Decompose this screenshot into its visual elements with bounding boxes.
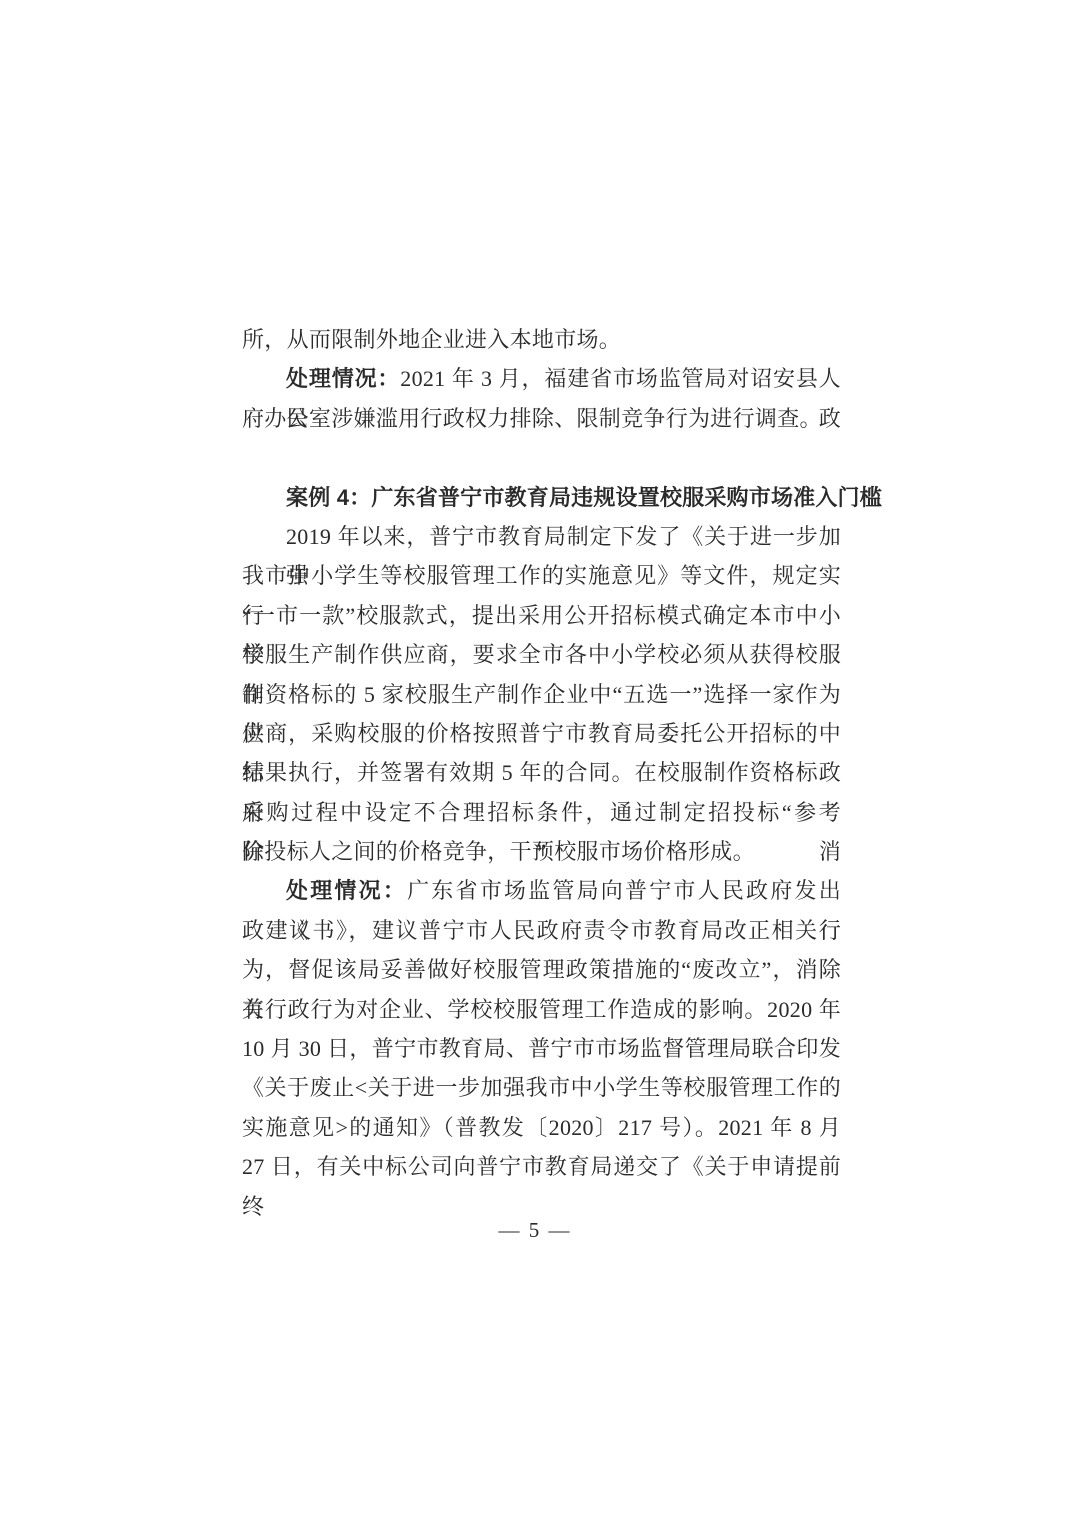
- document-text-block: 所，从而限制外地企业进入本地市场。 处理情况：2021 年 3 月，福建省市场监…: [242, 320, 841, 1187]
- text-line: 作资格标的 5 家校服生产制作企业中“五选一”选择一家作为供: [242, 675, 841, 714]
- text-line: 处理情况：2021 年 3 月，福建省市场监管局对诏安县人民政: [242, 359, 841, 398]
- text-line: 除投标人之间的价格竞争，干预校服市场价格形成。: [242, 832, 841, 871]
- text-line: 采购过程中设定不合理招标条件，通过制定招投标“参考价”消: [242, 793, 841, 832]
- case-heading: 案例 4：广东省普宁市教育局违规设置校服采购市场准入门槛: [242, 478, 841, 517]
- handling-status-label: 处理情况：: [286, 366, 400, 391]
- text-line: 应商，采购校服的价格按照普宁市教育局委托公开招标的中标: [242, 714, 841, 753]
- handling-status-label: 处理情况：: [286, 878, 407, 903]
- text-line: 《关于废止<关于进一步加强我市中小学生等校服管理工作的: [242, 1068, 841, 1107]
- text-line: 10 月 30 日，普宁市教育局、普宁市市场监督管理局联合印发: [242, 1029, 841, 1068]
- text-line: 府办公室涉嫌滥用行政权力排除、限制竞争行为进行调查。: [242, 399, 841, 438]
- text-line: “一市一款”校服款式，提出采用公开招标模式确定本市中小学: [242, 596, 841, 635]
- document-page: 所，从而限制外地企业进入本地市场。 处理情况：2021 年 3 月，福建省市场监…: [0, 0, 1074, 1520]
- text-line: 所，从而限制外地企业进入本地市场。: [242, 320, 841, 359]
- page-number: — 5 —: [0, 1217, 1070, 1243]
- text-line: 结果执行，并签署有效期 5 年的合同。在校服制作资格标政府: [242, 753, 841, 792]
- text-line: 校服生产制作供应商，要求全市各中小学校必须从获得校服制: [242, 635, 841, 674]
- text-line: 27 日，有关中标公司向普宁市教育局递交了《关于申请提前终: [242, 1147, 841, 1186]
- text-line: 2019 年以来，普宁市教育局制定下发了《关于进一步加强: [242, 517, 841, 556]
- text-line: 关行政行为对企业、学校校服管理工作造成的影响。2020 年: [242, 990, 841, 1029]
- text-line: 处理情况：广东省市场监管局向普宁市人民政府发出《行: [242, 871, 841, 910]
- text-line: 为，督促该局妥善做好校服管理政策措施的“废改立”，消除有: [242, 950, 841, 989]
- text-line: 实施意见>的通知》（普教发〔2020〕217 号）。2021 年 8 月: [242, 1108, 841, 1147]
- text-line: 我市中小学生等校服管理工作的实施意见》等文件，规定实行: [242, 556, 841, 595]
- text-line: 政建议书》，建议普宁市人民政府责令市教育局改正相关行: [242, 911, 841, 950]
